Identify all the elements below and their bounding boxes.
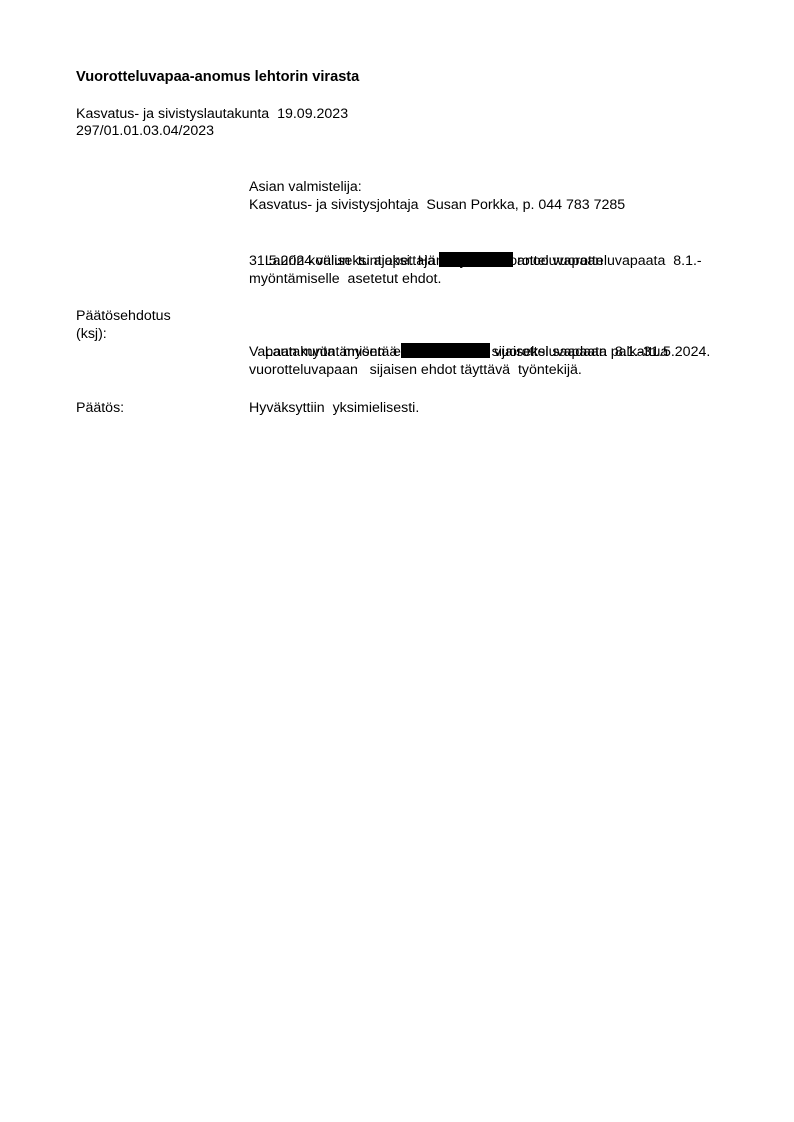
meeting-line: Kasvatus- ja sivistyslautakunta 19.09.20… — [76, 106, 348, 123]
reference-number: 297/01.01.03.04/2023 — [76, 123, 214, 140]
document-title: Vuorotteluvapaa-anomus lehtorin virasta — [76, 69, 359, 86]
decision: Hyväksyttiin yksimielisesti. — [249, 400, 419, 417]
preparer-label: Asian valmistelija: — [249, 179, 362, 196]
preparer: Kasvatus- ja sivistysjohtaja Susan Porkk… — [249, 197, 625, 214]
body-line-3: myöntämiselle asetetut ehdot. — [249, 271, 441, 288]
proposal-line-3: vuorotteluvapaan sijaisen ehdot täyttävä… — [249, 362, 582, 379]
decision-label: Päätös: — [76, 400, 124, 417]
proposal-label: Päätösehdotus — [76, 308, 171, 325]
proposal-label-ksj: (ksj): — [76, 326, 107, 343]
proposal-line-2: Vapaan myöntämisen ehtona on, että sijai… — [249, 344, 668, 361]
body-line-2: 31.5.2024 väliseksi ajaksi. Hän täyttää … — [249, 253, 603, 270]
